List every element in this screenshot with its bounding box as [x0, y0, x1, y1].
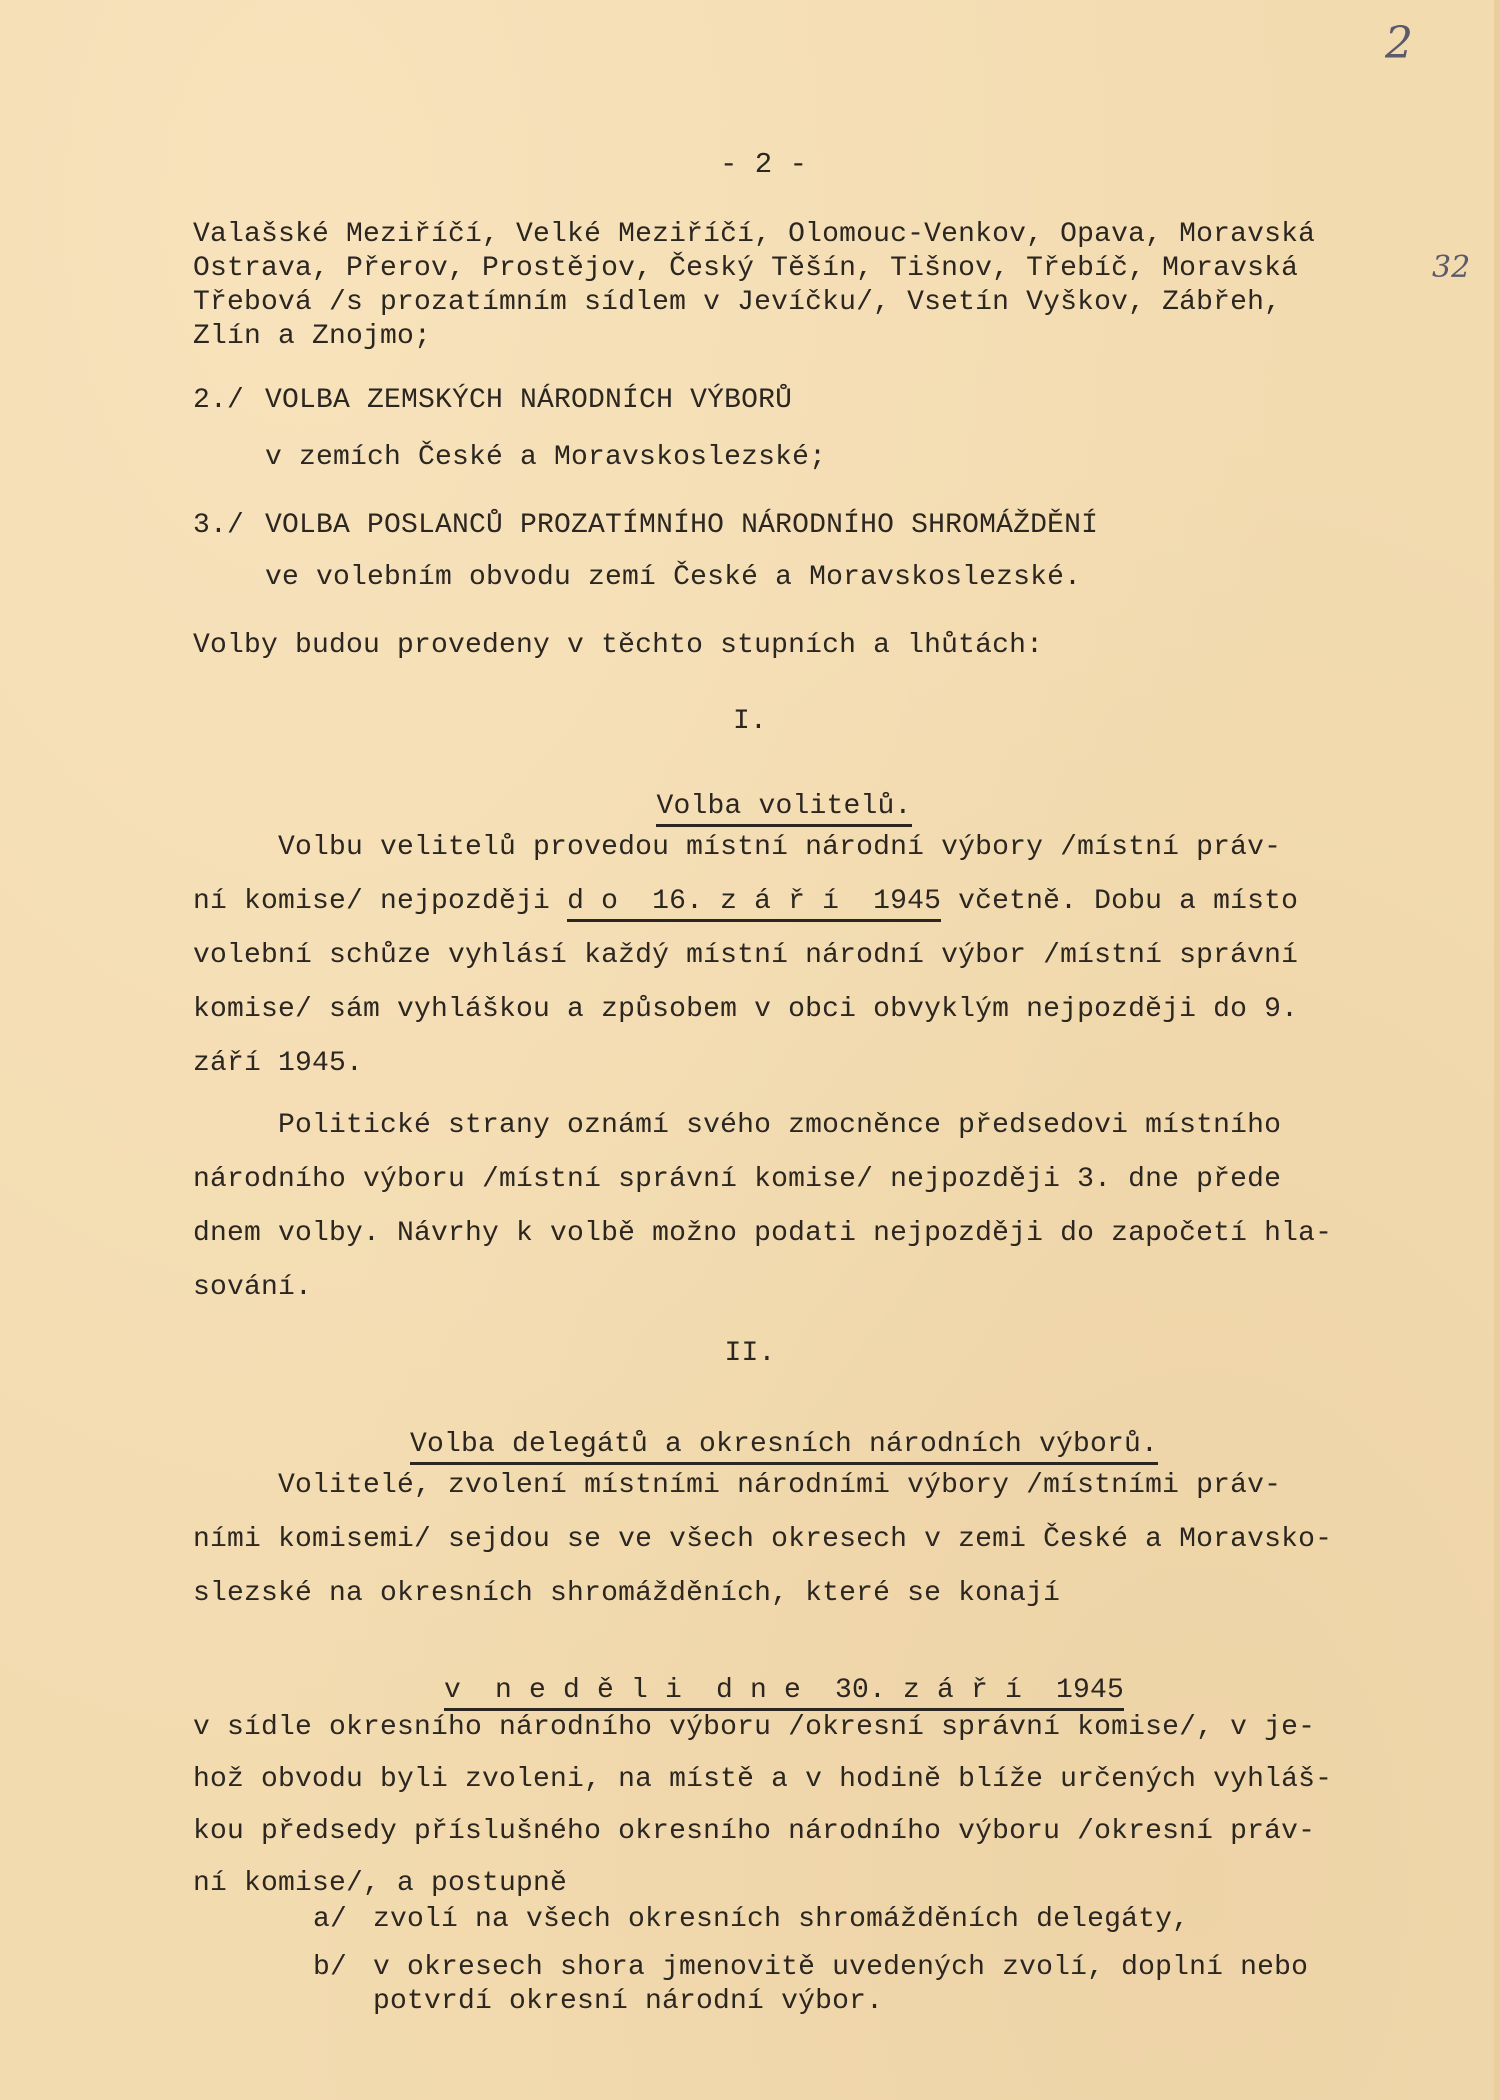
item-subheading: ve volebním obvodu zemí České a Moravsko… — [265, 562, 1081, 593]
item-heading: VOLBA ZEMSKÝCH NÁRODNÍCH VÝBORŮ — [265, 385, 792, 416]
list-item-text: zvolí na všech okresních shromážděních d… — [373, 1904, 1189, 1935]
intro-line: Zlín a Znojmo; — [193, 320, 431, 354]
list-item-continuation: potvrdí okresní národní výbor. — [373, 1986, 883, 2017]
paragraph-line: dnem volby. Návrhy k volbě možno podati … — [193, 1218, 1332, 1249]
list-label: b/ — [313, 1952, 347, 1983]
page-number: - 2 - — [720, 148, 807, 181]
list-label: a/ — [313, 1904, 347, 1935]
stages-intro: Volby budou provedeny v těchto stupních … — [193, 630, 1043, 661]
assembly-date: v n e d ě l i d n e 30. z á ř í 1945 — [444, 1675, 1124, 1711]
paragraph-line: ními komisemi/ sejdou se ve všech okrese… — [193, 1524, 1332, 1555]
deadline-date: d o 16. z á ř í 1945 — [567, 886, 941, 922]
paragraph-line: hož obvodu byli zvoleni, na místě a v ho… — [193, 1764, 1332, 1795]
handwritten-page-mark: 2 — [1385, 18, 1413, 69]
section-numeral: II. — [0, 1338, 1500, 1369]
list-item-text: v okresech shora jmenovitě uvedených zvo… — [373, 1952, 1308, 1983]
text-span: včetně. Dobu a místo — [941, 886, 1298, 917]
paragraph-line: kou předsedy příslušného okresního národ… — [193, 1816, 1315, 1847]
text-span: ní komise/ nejpozději — [193, 886, 567, 917]
item-number: 2./ — [193, 385, 244, 416]
section-title: Volba delegátů a okresních národních výb… — [410, 1429, 1158, 1465]
paragraph-line: volební schůze vyhlásí každý místní náro… — [193, 940, 1298, 971]
paragraph-line: Volbu velitelů provedou místní národní v… — [193, 832, 1281, 863]
paragraph-line: ní komise/, a postupně — [193, 1868, 567, 1899]
paper-edge — [1494, 0, 1500, 2100]
paragraph-line: komise/ sám vyhláškou a způsobem v obci … — [193, 994, 1298, 1025]
section-numeral: I. — [0, 706, 1500, 737]
handwritten-margin-number: 32 — [1432, 250, 1470, 285]
paragraph-line: ní komise/ nejpozději d o 16. z á ř í 19… — [193, 886, 1298, 917]
paragraph-line: slezské na okresních shromážděních, kter… — [193, 1578, 1060, 1609]
intro-line: Ostrava, Přerov, Prostějov, Český Těšín,… — [193, 252, 1298, 286]
item-subheading: v zemích České a Moravskoslezské; — [265, 442, 826, 473]
paragraph-line: Volitelé, zvolení místními národními výb… — [193, 1470, 1281, 1501]
paragraph-line: národního výboru /místní správní komise/… — [193, 1164, 1281, 1195]
intro-line: Valašské Meziříčí, Velké Meziříčí, Olomo… — [193, 218, 1315, 252]
paragraph-line: v sídle okresního národního výboru /okre… — [193, 1712, 1315, 1743]
paragraph-line: září 1945. — [193, 1048, 363, 1079]
document-page: 2 32 - 2 - Valašské Meziříčí, Velké Mezi… — [0, 0, 1500, 2100]
paragraph-line: Politické strany oznámí svého zmocněnce … — [193, 1110, 1281, 1141]
item-heading: VOLBA POSLANCŮ PROZATÍMNÍHO NÁRODNÍHO SH… — [265, 510, 1098, 541]
intro-line: Třebová /s prozatímním sídlem v Jevíčku/… — [193, 286, 1281, 320]
section-title: Volba volitelů. — [656, 791, 911, 827]
item-number: 3./ — [193, 510, 244, 541]
paragraph-line: sování. — [193, 1272, 312, 1303]
